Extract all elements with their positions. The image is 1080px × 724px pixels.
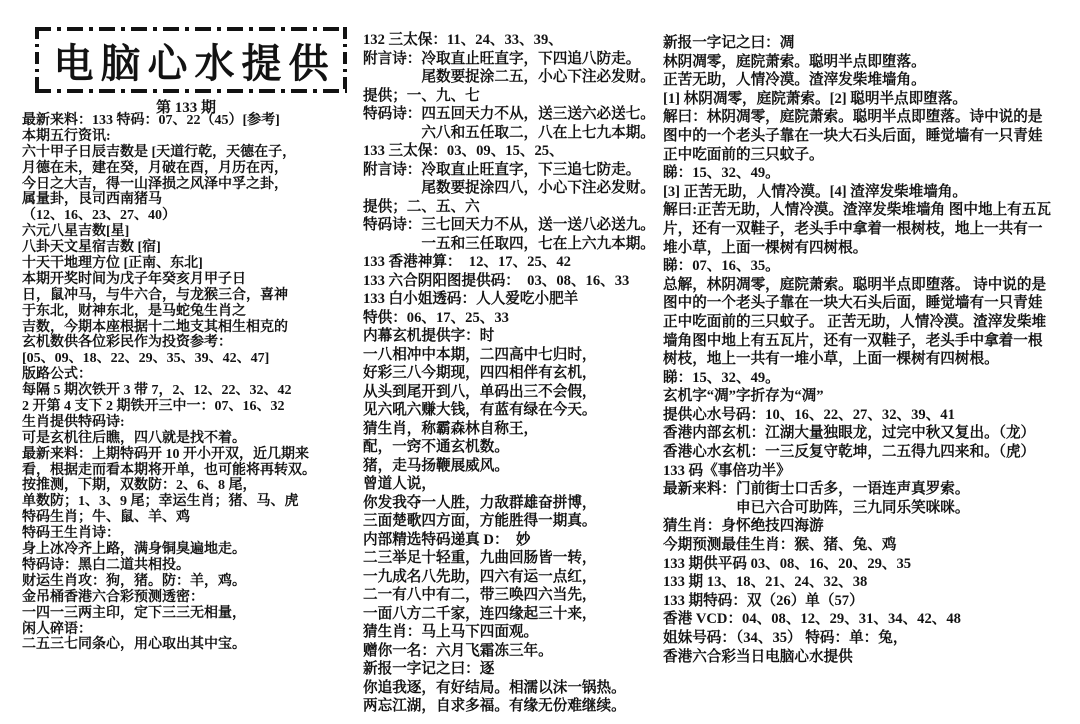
left-text-line: 看，根据走而看本期将开单，也可能将再转双。	[22, 463, 316, 479]
middle-text-line: 尾数要捉涂二五，小心下注必发财。	[363, 68, 655, 87]
column-left: 最新来料：133 特码：07、22（45）[参考]本期五行资讯:六十甲子日辰吉数…	[22, 113, 316, 653]
left-text-line: 每隔 5 期次铁开 3 带 7，2、12、22、32、42	[22, 383, 316, 399]
right-text-line: 香港心水玄机：一三反复守乾坤，二五得九四来和。（虎）	[663, 443, 1051, 462]
middle-text-line: 猜生肖，称霸森林自称王，	[363, 420, 655, 439]
middle-text-line: 内部精选特码递真 D： 妙	[363, 531, 655, 550]
right-text-line: 姐妹号码：（34、35） 特码：单：兔，	[663, 629, 1051, 648]
right-text-line: 133 期 13、18、21、24、32、38	[663, 573, 1051, 592]
left-text-line: 版路公式：	[22, 367, 316, 383]
left-text-line: 月德在未，建在癸，月破在酉，月历在丙，	[22, 161, 316, 177]
right-text-line: 猜生肖：身怀绝技四海游	[663, 517, 1051, 536]
middle-text-line: 好彩三八今期现，四四相伴有玄机，	[363, 364, 655, 383]
left-text-line: 2 开第 4 支下 2 期铁开三中一：07、16、32	[22, 399, 316, 415]
left-text-line: 日，鼠冲马，与牛六合，与龙猴三合，喜神	[22, 288, 316, 304]
right-text-line: 墙角图中地上有五瓦片，还有一双鞋子，老头手中拿着一根	[663, 332, 1051, 351]
left-text-line: 一四一三两主印，定下三三无相量，	[22, 606, 316, 622]
left-text-line: 今日之大吉，得一山泽损之风泽中孚之卦，	[22, 177, 316, 193]
left-text-line: 单数防；1、3、9 尾；幸运生肖；猪、马、虎	[22, 494, 316, 510]
right-text-line: 今期预测最佳生肖：猴、猪、兔、鸡	[663, 536, 1051, 555]
middle-text-line: 内幕玄机提供字：时	[363, 327, 655, 346]
middle-text-line: 三面楚歌四方面，方能胜得一期真。	[363, 512, 655, 531]
middle-text-line: 133 三太保：03、09、15、25、	[363, 142, 655, 161]
left-text-line: 于东北，财神东北，是马蛇兔生肖之	[22, 304, 316, 320]
right-text-line: 睇：07、16、35。	[663, 257, 1051, 276]
left-text-line: 六十甲子日辰吉数是 [天道行乾，天德在子，	[22, 145, 316, 161]
middle-text-line: 附言诗：冷取直止旺直字，下四追八防走。	[363, 50, 655, 69]
left-text-line: 闲人碎语：	[22, 622, 316, 638]
right-text-line: 香港六合彩当日电脑心水提供	[663, 648, 1051, 667]
right-text-line: 提供心水号码：10、16、22、27、32、39、41	[663, 406, 1051, 425]
left-text-line: 生肖提供特码诗:	[22, 415, 316, 431]
middle-text-line: 一五和三任取四，七在上六九本期。	[363, 235, 655, 254]
left-text-line: 最新来料：133 特码：07、22（45）[参考]	[22, 113, 316, 129]
middle-text-line: 配，一窍不通玄机数。	[363, 438, 655, 457]
middle-text-line: 特供：06、17、25、33	[363, 309, 655, 328]
column-right: 新报一字记之曰：凋林阴凋零，庭院萧索。聪明半点即堕落。正苦无助，人情冷漠。渣滓发…	[663, 34, 1051, 666]
middle-text-line: 你追我逐，有好结局。相濡以沫一锅热。	[363, 679, 655, 698]
right-text-line: 堆小草，上面一棵树有四树根。	[663, 239, 1051, 258]
middle-text-line: 附言诗：冷取直止旺直字，下三追七防走。	[363, 161, 655, 180]
right-text-line: 133 期特码：双（26）单（57）	[663, 592, 1051, 611]
right-text-line: 总解，林阴凋零，庭院萧索。聪明半点即堕落。 诗中说的是	[663, 276, 1051, 295]
right-text-line: 新报一字记之曰：凋	[663, 34, 1051, 53]
right-text-line: 片，还有一双鞋子，老头手中拿着一根树枝，地上一共有一	[663, 220, 1051, 239]
left-text-line: 属量卦，艮司西南猪马	[22, 192, 316, 208]
left-text-line: 最新来料：上期特码开 10 开小开双，近几期来	[22, 447, 316, 463]
middle-text-line: 赠你一名：六月飞霜冻三年。	[363, 642, 655, 661]
left-text-line: 二五三七同条心，用心取出其中宝。	[22, 637, 316, 653]
right-text-line: 林阴凋零，庭院萧索。聪明半点即堕落。	[663, 53, 1051, 72]
right-text-line: 睇：15、32、49。	[663, 164, 1051, 183]
right-text-line: 睇：15、32、49。	[663, 369, 1051, 388]
right-text-line: [3] 正苦无助，人情冷漠。[4] 渣滓发柴堆墙角。	[663, 183, 1051, 202]
right-text-line: 图中的一个老头子靠在一块大石头后面，睡觉墙有一只青娃	[663, 127, 1051, 146]
middle-text-line: 提供；二、五、六	[363, 198, 655, 217]
middle-text-line: 特码诗：三七回天力不从，送一送八必送九。	[363, 216, 655, 235]
left-text-line: 玄机数供各位彩民作为投资参考：	[22, 335, 316, 351]
left-text-line: 特码生肖；牛、鼠、羊、鸡	[22, 510, 316, 526]
right-text-line: 玄机字“凋”字折存为“凋”	[663, 387, 1051, 406]
left-text-line: 金吊桶香港六合彩预测透密：	[22, 590, 316, 606]
right-text-line: 正中吃面前的三只蚊子。 正苦无助，人情冷漠。渣滓发柴堆	[663, 313, 1051, 332]
middle-text-line: 提供；一、九、七	[363, 87, 655, 106]
middle-text-line: 一面八方二千家，连四缘起三十来，	[363, 605, 655, 624]
left-text-line: 特码诗：黑白二道共相投。	[22, 558, 316, 574]
left-text-line: 六元八星吉数[星]	[22, 224, 316, 240]
left-text-line: 特码王生肖诗：	[22, 526, 316, 542]
title-box: 电脑心水提供	[35, 27, 347, 93]
right-text-line: 133 期供平码 03、08、16、20、29、35	[663, 555, 1051, 574]
middle-text-line: 二三举足十轻重，九曲回肠皆一转，	[363, 549, 655, 568]
middle-text-line: 两忘江湖，自求多福。有缘无份难继续。	[363, 697, 655, 716]
middle-text-line: 133 香港神算： 12、17、25、42	[363, 253, 655, 272]
middle-text-line: 132 三太保：11、24、33、39、	[363, 31, 655, 50]
right-text-line: 解曰:正苦无助，人情冷漠。渣滓发柴堆墙角 图中地上有五瓦	[663, 201, 1051, 220]
right-text-line: 最新来料：门前街士口舌多，一语连声真罗索。	[663, 480, 1051, 499]
middle-text-line: 猜生肖：马上马下四面观。	[363, 623, 655, 642]
left-text-line: 本期五行资讯:	[22, 129, 316, 145]
middle-text-line: 曾道人说，	[363, 475, 655, 494]
right-text-line: 正中吃面前的三只蚊子。	[663, 146, 1051, 165]
right-text-line: 香港内部玄机：江湖大量独眼龙，过完中秋又复出。（龙）	[663, 424, 1051, 443]
middle-text-line: 见六吼六赚大钱，有蓝有绿在今天。	[363, 401, 655, 420]
middle-text-line: 133 六合阴阳图提供码： 03、08、16、33	[363, 272, 655, 291]
left-text-line: 吉数，今期本座根据十二地支其相生相克的	[22, 320, 316, 336]
left-text-line: 十天干地理方位 [正南、东北]	[22, 256, 316, 272]
right-text-line: 解曰：林阴凋零，庭院萧索。聪明半点即堕落。诗中说的是	[663, 108, 1051, 127]
right-text-line: 申已六合可助阵，三九同乐笑咪咪。	[663, 499, 1051, 518]
right-text-line: 香港 VCD：04、08、12、29、31、34、42、48	[663, 610, 1051, 629]
right-text-line: [1] 林阴凋零，庭院萧索。[2] 聪明半点即堕落。	[663, 90, 1051, 109]
left-text-line: 按推测，下期，双数防：2、6、8 尾，	[22, 478, 316, 494]
left-text-line: 八卦天文星宿吉数 [宿]	[22, 240, 316, 256]
middle-text-line: 尾数要捉涂四八，小心下注必发财。	[363, 179, 655, 198]
right-text-line: 图中的一个老头子靠在一块大石头后面，睡觉墙有一只青娃	[663, 294, 1051, 313]
middle-text-line: 一九成名八先助，四六有运一点红，	[363, 568, 655, 587]
right-text-line: 正苦无助，人情冷漠。渣滓发柴堆墙角。	[663, 71, 1051, 90]
left-text-line: 财运生肖攻：狗，猪。防：羊，鸡。	[22, 574, 316, 590]
middle-text-line: 一八相冲中本期，二四高中七归时，	[363, 346, 655, 365]
left-text-line: （12、16、23、27、40）	[22, 208, 316, 224]
middle-text-line: 特码诗：四五回天力不从，送三送六必送七。	[363, 105, 655, 124]
middle-text-line: 你发我夺一人胜，力敌群雄奋拼博，	[363, 494, 655, 513]
middle-text-line: 133 白小姐透码：人人爱吃小肥羊	[363, 290, 655, 309]
right-text-line: 133 码《事倍功半》	[663, 462, 1051, 481]
middle-text-line: 猪，走马扬鞭展威风。	[363, 457, 655, 476]
page-title: 电脑心水提供	[35, 27, 347, 93]
left-text-line: 身上冰冷齐上路，满身铜臭遍地走。	[22, 542, 316, 558]
left-text-line: 本期开奖时间为戊子年癸亥月甲子日	[22, 272, 316, 288]
column-middle: 132 三太保：11、24、33、39、附言诗：冷取直止旺直字，下四追八防走。 …	[363, 31, 655, 716]
tipsheet-page: 电脑心水提供 第 133 期 最新来料：133 特码：07、22（45）[参考]…	[0, 0, 1080, 724]
middle-text-line: 从头到尾开到八，单码出三不会假，	[363, 383, 655, 402]
middle-text-line: 新报一字记之曰：逐	[363, 660, 655, 679]
left-text-line: [05、09、18、22、29、35、39、42、47]	[22, 351, 316, 367]
left-text-line: 可是玄机往后瞧，四八就是找不着。	[22, 431, 316, 447]
middle-text-line: 六八和五任取二，八在上七九本期。	[363, 124, 655, 143]
middle-text-line: 二一有八中有二，带三唤四六当先，	[363, 586, 655, 605]
right-text-line: 树枝，地上一共有一堆小草，上面一棵树有四树根。	[663, 350, 1051, 369]
